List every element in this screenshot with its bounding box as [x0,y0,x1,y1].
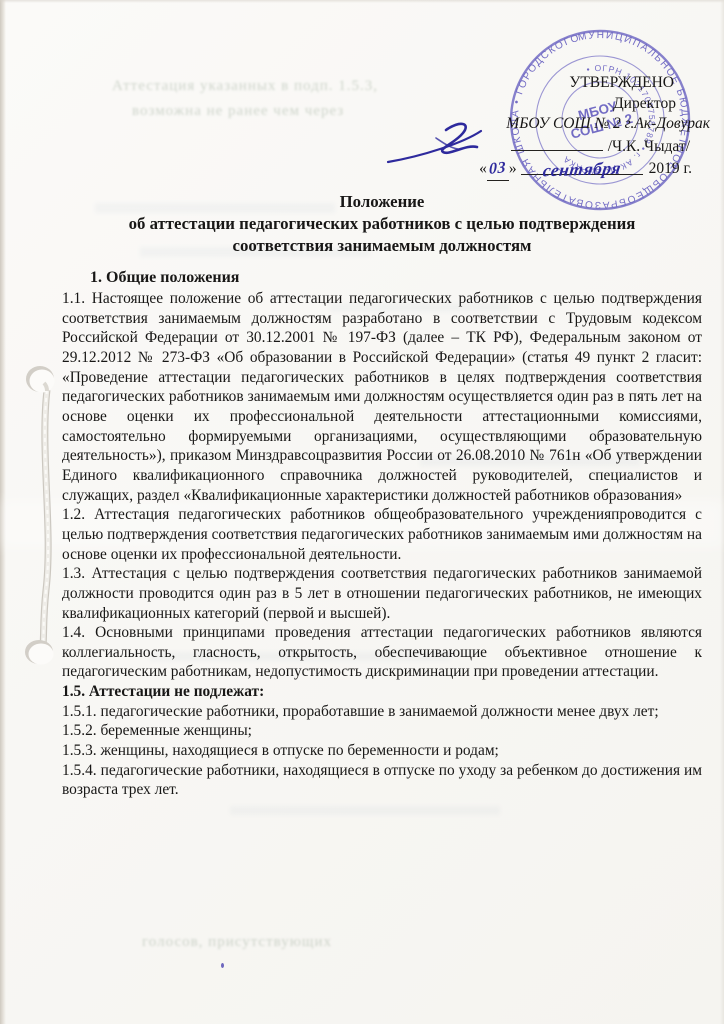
paragraph: 1.5.4. педагогические работники, находящ… [62,761,702,800]
paragraph: 1.4. Основными принципами проведения атт… [62,623,702,682]
close-quote: » [509,160,517,177]
title-line-2: об аттестации педагогических работников … [62,213,702,235]
signature-decoded-name: /Ч.К. Чыдат/ [608,138,690,155]
body-paragraphs: 1.1. Настоящее положение об аттестации п… [62,289,702,800]
paragraph: 1.5.3. женщины, находящиеся в отпуске по… [62,741,702,761]
paragraph: 1.1. Настоящее положение об аттестации п… [62,289,702,505]
date-year: 2019 г. [649,160,692,177]
binding-hole-bottom [29,644,54,665]
section-heading: 1. Общие положения [90,269,239,287]
handwritten-month: сентября [541,158,622,181]
document-title: Положение об аттестации педагогических р… [62,191,702,257]
paragraph: 1.5. Аттестации не подлежат: [62,682,702,702]
binding-hole-top [30,370,55,393]
date-row: «03»сентября2019 г. [479,157,710,181]
title-line-3: соответствия занимаемым должностям [62,235,702,257]
organization-name: МБОУ СОШ № 2 г.Ак-Довурак [479,114,710,135]
paragraph: 1.5.2. беременные женщины; [62,721,702,741]
paragraph: 1.3. Аттестация с целью подтверждения со… [62,564,702,623]
binding-string [0,330,90,700]
bleedthrough-text: возможна не ранее чем через [132,103,344,120]
bleedthrough-text: Аттестация указанных в подп. 1.5.3, [112,78,378,95]
page-top-edge-shadow [0,0,724,3]
approved-label: УТВЕРЖДЕНО [479,73,710,94]
bleedthrough-text: голосов, присутствующих [142,934,332,951]
approver-role: Директор [479,94,710,115]
signature-line [511,135,603,151]
paragraph: 1.5.1. педагогические работники, прорабо… [62,702,702,722]
approval-block: УТВЕРЖДЕНО Директор МБОУ СОШ № 2 г.Ак-До… [479,73,710,181]
signature-row: /Ч.К. Чыдат/ [479,135,710,158]
title-line-1: Положение [62,191,702,213]
paragraph: 1.2. Аттестация педагогических работнико… [62,505,702,564]
handwritten-signature [378,118,508,168]
ink-speck [221,963,224,968]
scanned-document-page: Аттестация указанных в подп. 1.5.3, возм… [0,0,724,1024]
bleedthrough-smudge [230,806,500,815]
